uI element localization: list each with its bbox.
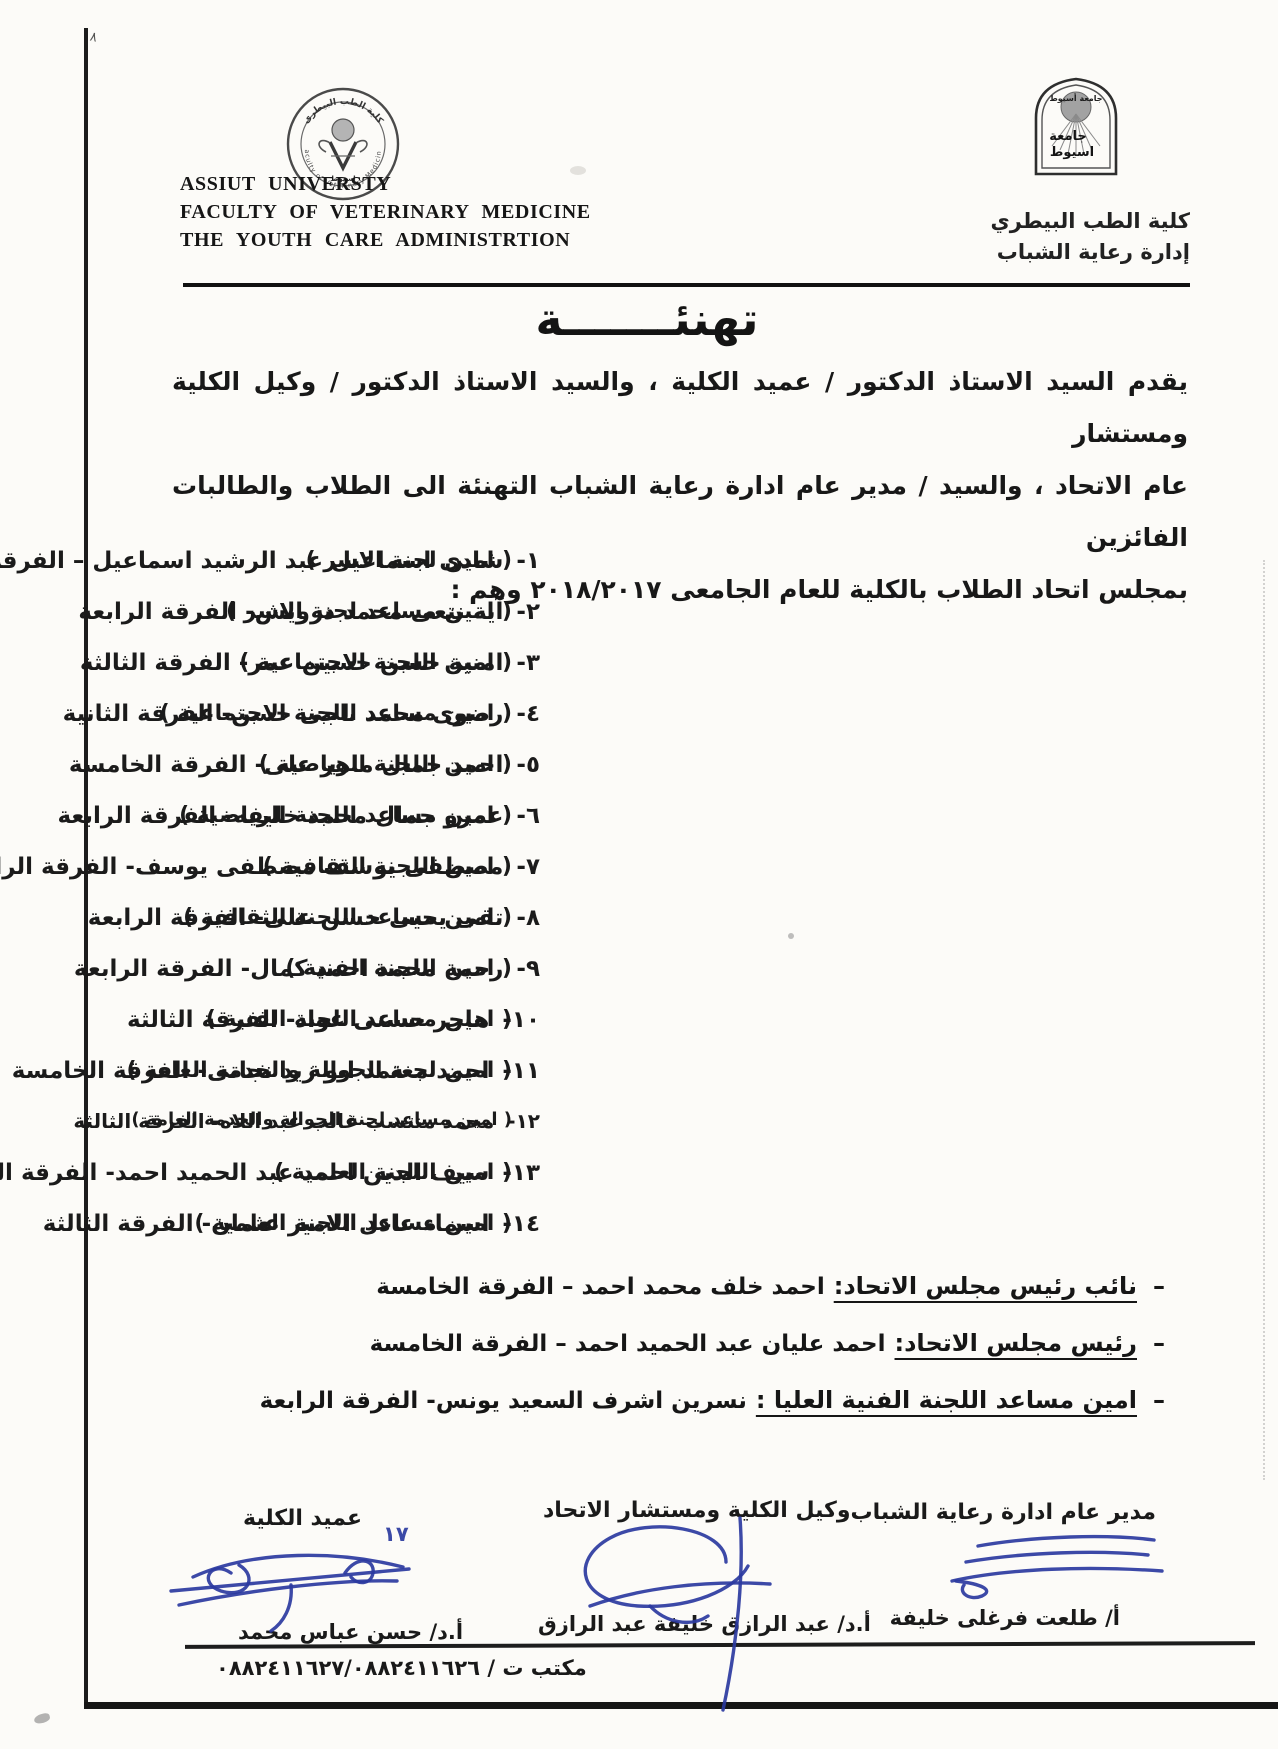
office-phone-numbers: ٠٨٨٢٤١١٦٢٧/٠٨٨٢٤١١٦٢٦ (216, 1656, 480, 1680)
member-number: ١١- (502, 1058, 540, 1084)
member-name: رحمة محمد احمد كمال- الفرقة الرابعة (74, 956, 504, 982)
member-name: محمد منتسب غالب عبد اللاه- الفرقة الثالث… (73, 1109, 494, 1133)
member-number: ١٢- (507, 1109, 540, 1133)
signature-name-youth-director: أ/ طلعت فرغلى خليفة (890, 1606, 1120, 1630)
officer-name: نسرين اشرف السعيد يونس- الفرقة الرابعة (260, 1388, 747, 1414)
member-number: ٢- (516, 599, 540, 625)
member-number: ٧- (516, 854, 540, 880)
intro-paragraph: يقدم السيد الاستاذ الدكتور / عميد الكلية… (172, 356, 1188, 616)
signature-annotation: ١٧ (383, 1522, 409, 1546)
member-name: امنية حسن حسين عمر- الفرقة الثالثة (80, 650, 504, 676)
signature-title-youth-director: مدير عام ادارة رعاية الشباب (851, 1500, 1156, 1525)
officer-row: –رئيس مجلس الاتحاد:احمد عليان عبد الحميد… (405, 1329, 1165, 1357)
member-number: ٨- (516, 905, 540, 931)
administration-name-en: THE YOUTH CARE ADMINISTRTION (180, 226, 591, 254)
member-name: رضوى محمد ناجى حسن- الفرقة الثانية (63, 701, 504, 727)
university-name-en: ASSIUT UNIVERSTY (180, 170, 591, 198)
member-number: ١٤- (502, 1211, 540, 1237)
signature-ink-vice-dean (530, 1510, 800, 1720)
officer-name: احمد خلف محمد احمد – الفرقة الخامسة (376, 1274, 824, 1300)
member-number: ٤- (516, 701, 540, 727)
member-number: ٣- (516, 650, 540, 676)
member-name: شادى اسماعيل عبد الرشيد اسماعيل – الفرقة… (0, 548, 503, 574)
seal-globe (332, 119, 354, 141)
officer-dash: – (1153, 1329, 1165, 1357)
member-name: آية نتعى محمد درويش- الفرقة الرابعة (78, 599, 503, 625)
officer-name: احمد عليان عبد الحميد احمد – الفرقة الخا… (370, 1331, 886, 1357)
scanned-document-page: ٨ كلية الطب البيطرى Faculty of Veterinar… (0, 0, 1278, 1749)
officer-dash: – (1153, 1386, 1165, 1414)
university-logo-icon: جامعة أسيوط جامعة اسيوط (1030, 74, 1122, 178)
arabic-header-block: كلية الطب البيطري إدارة رعاية الشباب (991, 206, 1190, 268)
member-name: احمد معتمد ابو زيد نجاتى- الفرقة الخامسة (12, 1058, 490, 1084)
member-name: مصطفى يوسف مصطفى يوسف- الفرقة الرابعة (0, 854, 503, 880)
logo-center-text-1: جامعة (1049, 129, 1087, 144)
signature-ink-youth-director (940, 1528, 1170, 1608)
english-header-block: ASSIUT UNIVERSTY FACULTY OF VETERINARY M… (180, 170, 591, 254)
scan-dot-artifact (788, 933, 794, 939)
intro-line-1: يقدم السيد الاستاذ الدكتور / عميد الكلية… (172, 356, 1188, 460)
member-number: ٩- (516, 956, 540, 982)
member-number: ١٣- (502, 1160, 540, 1186)
document-title: تهنئـــــــة (8, 292, 1278, 346)
administration-name-ar: إدارة رعاية الشباب (991, 237, 1190, 268)
officer-row: –نائب رئيس مجلس الاتحاد:احمد خلف محمد اح… (405, 1272, 1165, 1300)
logo-center-text-2: اسيوط (1050, 145, 1094, 160)
officer-label: امين مساعد اللجنة الفنية العليا : (756, 1386, 1137, 1414)
seal-v-symbol (330, 142, 356, 168)
member-number: ١٠- (502, 1007, 540, 1033)
member-name: تقى يحيى حسن على- الفرقة الرابعة (88, 905, 504, 931)
member-name: هاجر حسنى عواد- الفرقة الثالثة (127, 1007, 489, 1033)
officer-label: رئيس مجلس الاتحاد: (895, 1329, 1137, 1357)
faculty-name-ar: كلية الطب البيطري (991, 206, 1190, 237)
header-divider-rule (183, 283, 1190, 287)
scan-artifact-smudge (33, 1712, 51, 1725)
scan-artifact-mark: ٨ (89, 29, 99, 45)
officer-dash: – (1153, 1272, 1165, 1300)
member-name: سيف الدين احمد عبد الحميد احمد- الفرقة ا… (0, 1160, 489, 1186)
member-number: ١- (516, 548, 540, 574)
scan-dotted-edge (1263, 560, 1265, 1480)
member-number: ٦- (516, 803, 540, 829)
member-name: اسماء عادل الامير عثمان- الفرقة الثالثة (43, 1211, 490, 1237)
signature-ink-dean: ١٧ (135, 1515, 445, 1635)
member-name: عمرو جمال محمد خليفه- الفرقة الرابعة (57, 803, 503, 829)
logo-top-text: جامعة أسيوط (1049, 93, 1102, 103)
member-number: ٥- (516, 752, 540, 778)
faculty-name-en: FACULTY OF VETERINARY MEDICINE (180, 198, 591, 226)
member-name: احمد جمال ماهر على- الفرقة الخامسة (69, 752, 504, 778)
officer-label: نائب رئيس مجلس الاتحاد: (834, 1272, 1137, 1300)
officer-row: –امين مساعد اللجنة الفنية العليا :نسرين … (405, 1386, 1165, 1414)
